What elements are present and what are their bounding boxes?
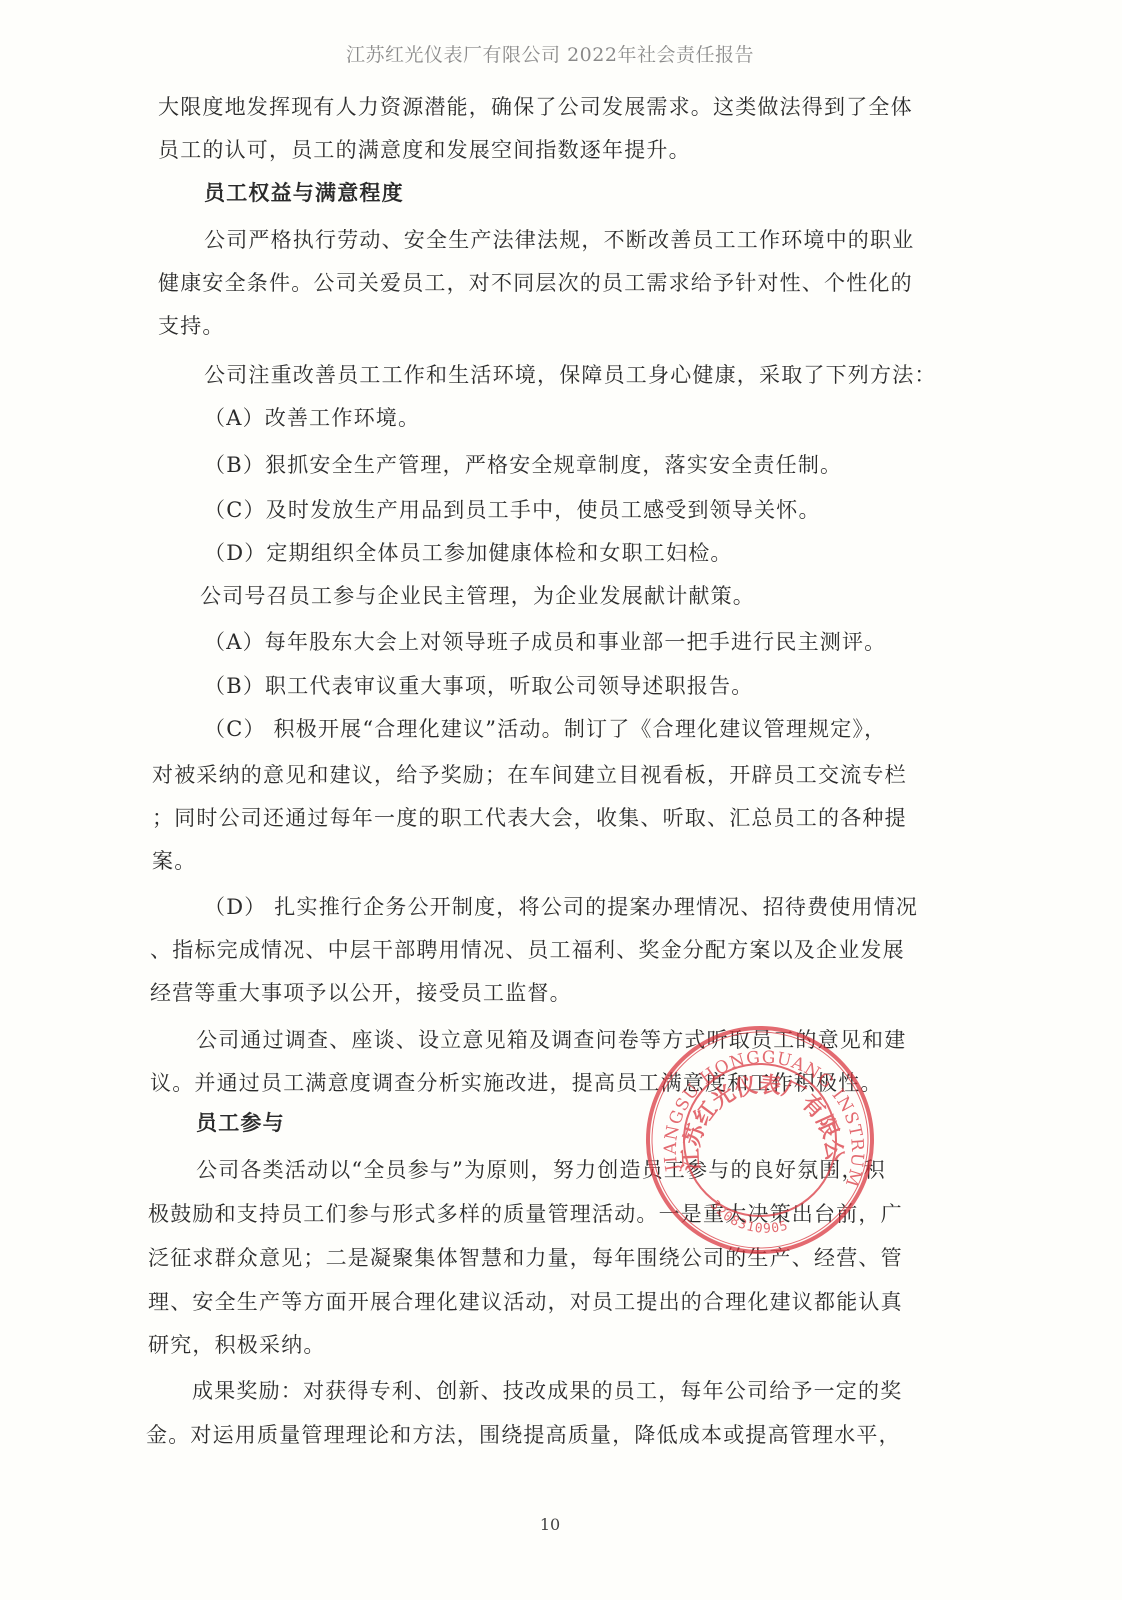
paragraph-line: 健康安全条件。公司关爱员工，对不同层次的员工需求给予针对性、个性化的	[158, 268, 913, 298]
paragraph-line: 公司通过调查、座谈、设立意见箱及调查问卷等方式听取员工的意见和建	[196, 1025, 906, 1055]
paragraph-line: （A）每年股东大会上对领导班子成员和事业部一把手进行民主测评。	[204, 627, 886, 657]
running-header: 江苏红光仪表厂有限公司 2022年社会责任报告	[0, 40, 1100, 67]
paragraph-line: 议。并通过员工满意度调查分析实施改进，提高员工满意度和工作积极性。	[150, 1068, 883, 1098]
paragraph-line: 研究，积极采纳。	[148, 1330, 326, 1360]
paragraph-line: ；同时公司还通过每年一度的职工代表大会，收集、听取、汇总员工的各种提	[152, 803, 907, 833]
paragraph-line: 泛征求群众意见；二是凝聚集体智慧和力量，每年围绕公司的生产、经营、管	[148, 1243, 903, 1273]
paragraph-line: （B）狠抓安全生产管理，严格安全规章制度，落实安全责任制。	[204, 450, 842, 480]
paragraph-line: 大限度地发挥现有人力资源潜能，确保了公司发展需求。这类做法得到了全体	[158, 92, 913, 122]
paragraph-line: （C）及时发放生产用品到员工手中，使员工感受到领导关怀。	[204, 495, 821, 525]
paragraph-line: 极鼓励和支持员工们参与形式多样的质量管理活动。一是重大决策出台前，广	[148, 1199, 903, 1229]
paragraph-line: 经营等重大事项予以公开，接受员工监督。	[150, 978, 572, 1008]
paragraph-line: （A）改善工作环境。	[204, 403, 420, 433]
paragraph-line: 案。	[152, 846, 196, 876]
paragraph-line: 公司严格执行劳动、安全生产法律法规，不断改善员工工作环境中的职业	[204, 225, 914, 255]
paragraph-line: （B）职工代表审议重大事项，听取公司领导述职报告。	[204, 671, 753, 701]
paragraph-line: 公司注重改善员工工作和生活环境，保障员工身心健康，采取了下列方法：	[204, 360, 937, 390]
paragraph-line: 公司各类活动以“全员参与”为原则，努力创造员工参与的良好氛围，积	[196, 1155, 886, 1185]
paragraph-line: 公司号召员工参与企业民主管理，为企业发展献计献策。	[200, 581, 755, 611]
paragraph-line: 金。对运用质量管理理论和方法，围绕提高质量，降低成本或提高管理水平，	[146, 1420, 901, 1450]
paragraph-line: （D）定期组织全体员工参加健康体检和女职工妇检。	[204, 538, 733, 568]
paragraph-line: 对被采纳的意见和建议，给予奖励；在车间建立目视看板，开辟员工交流专栏	[152, 760, 907, 790]
paragraph-line: 员工的认可，员工的满意度和发展空间指数逐年提升。	[158, 135, 691, 165]
section-heading: 员工参与	[196, 1108, 285, 1138]
section-heading: 员工权益与满意程度	[204, 178, 404, 208]
paragraph-line: （D） 扎实推行企务公开制度，将公司的提案办理情况、招待费使用情况	[204, 892, 918, 922]
paragraph-line: 成果奖励：对获得专利、创新、技改成果的员工，每年公司给予一定的奖	[192, 1376, 902, 1406]
paragraph-line: 理、安全生产等方面开展合理化建议活动，对员工提出的合理化建议都能认真	[148, 1287, 903, 1317]
paragraph-line: 、指标完成情况、中层干部聘用情况、员工福利、奖金分配方案以及企业发展	[150, 935, 905, 965]
paragraph-line: 支持。	[158, 311, 225, 341]
page-number: 10	[0, 1515, 1100, 1534]
paragraph-line: （C） 积极开展“合理化建议”活动。制订了《合理化建议管理规定》，	[204, 714, 886, 744]
